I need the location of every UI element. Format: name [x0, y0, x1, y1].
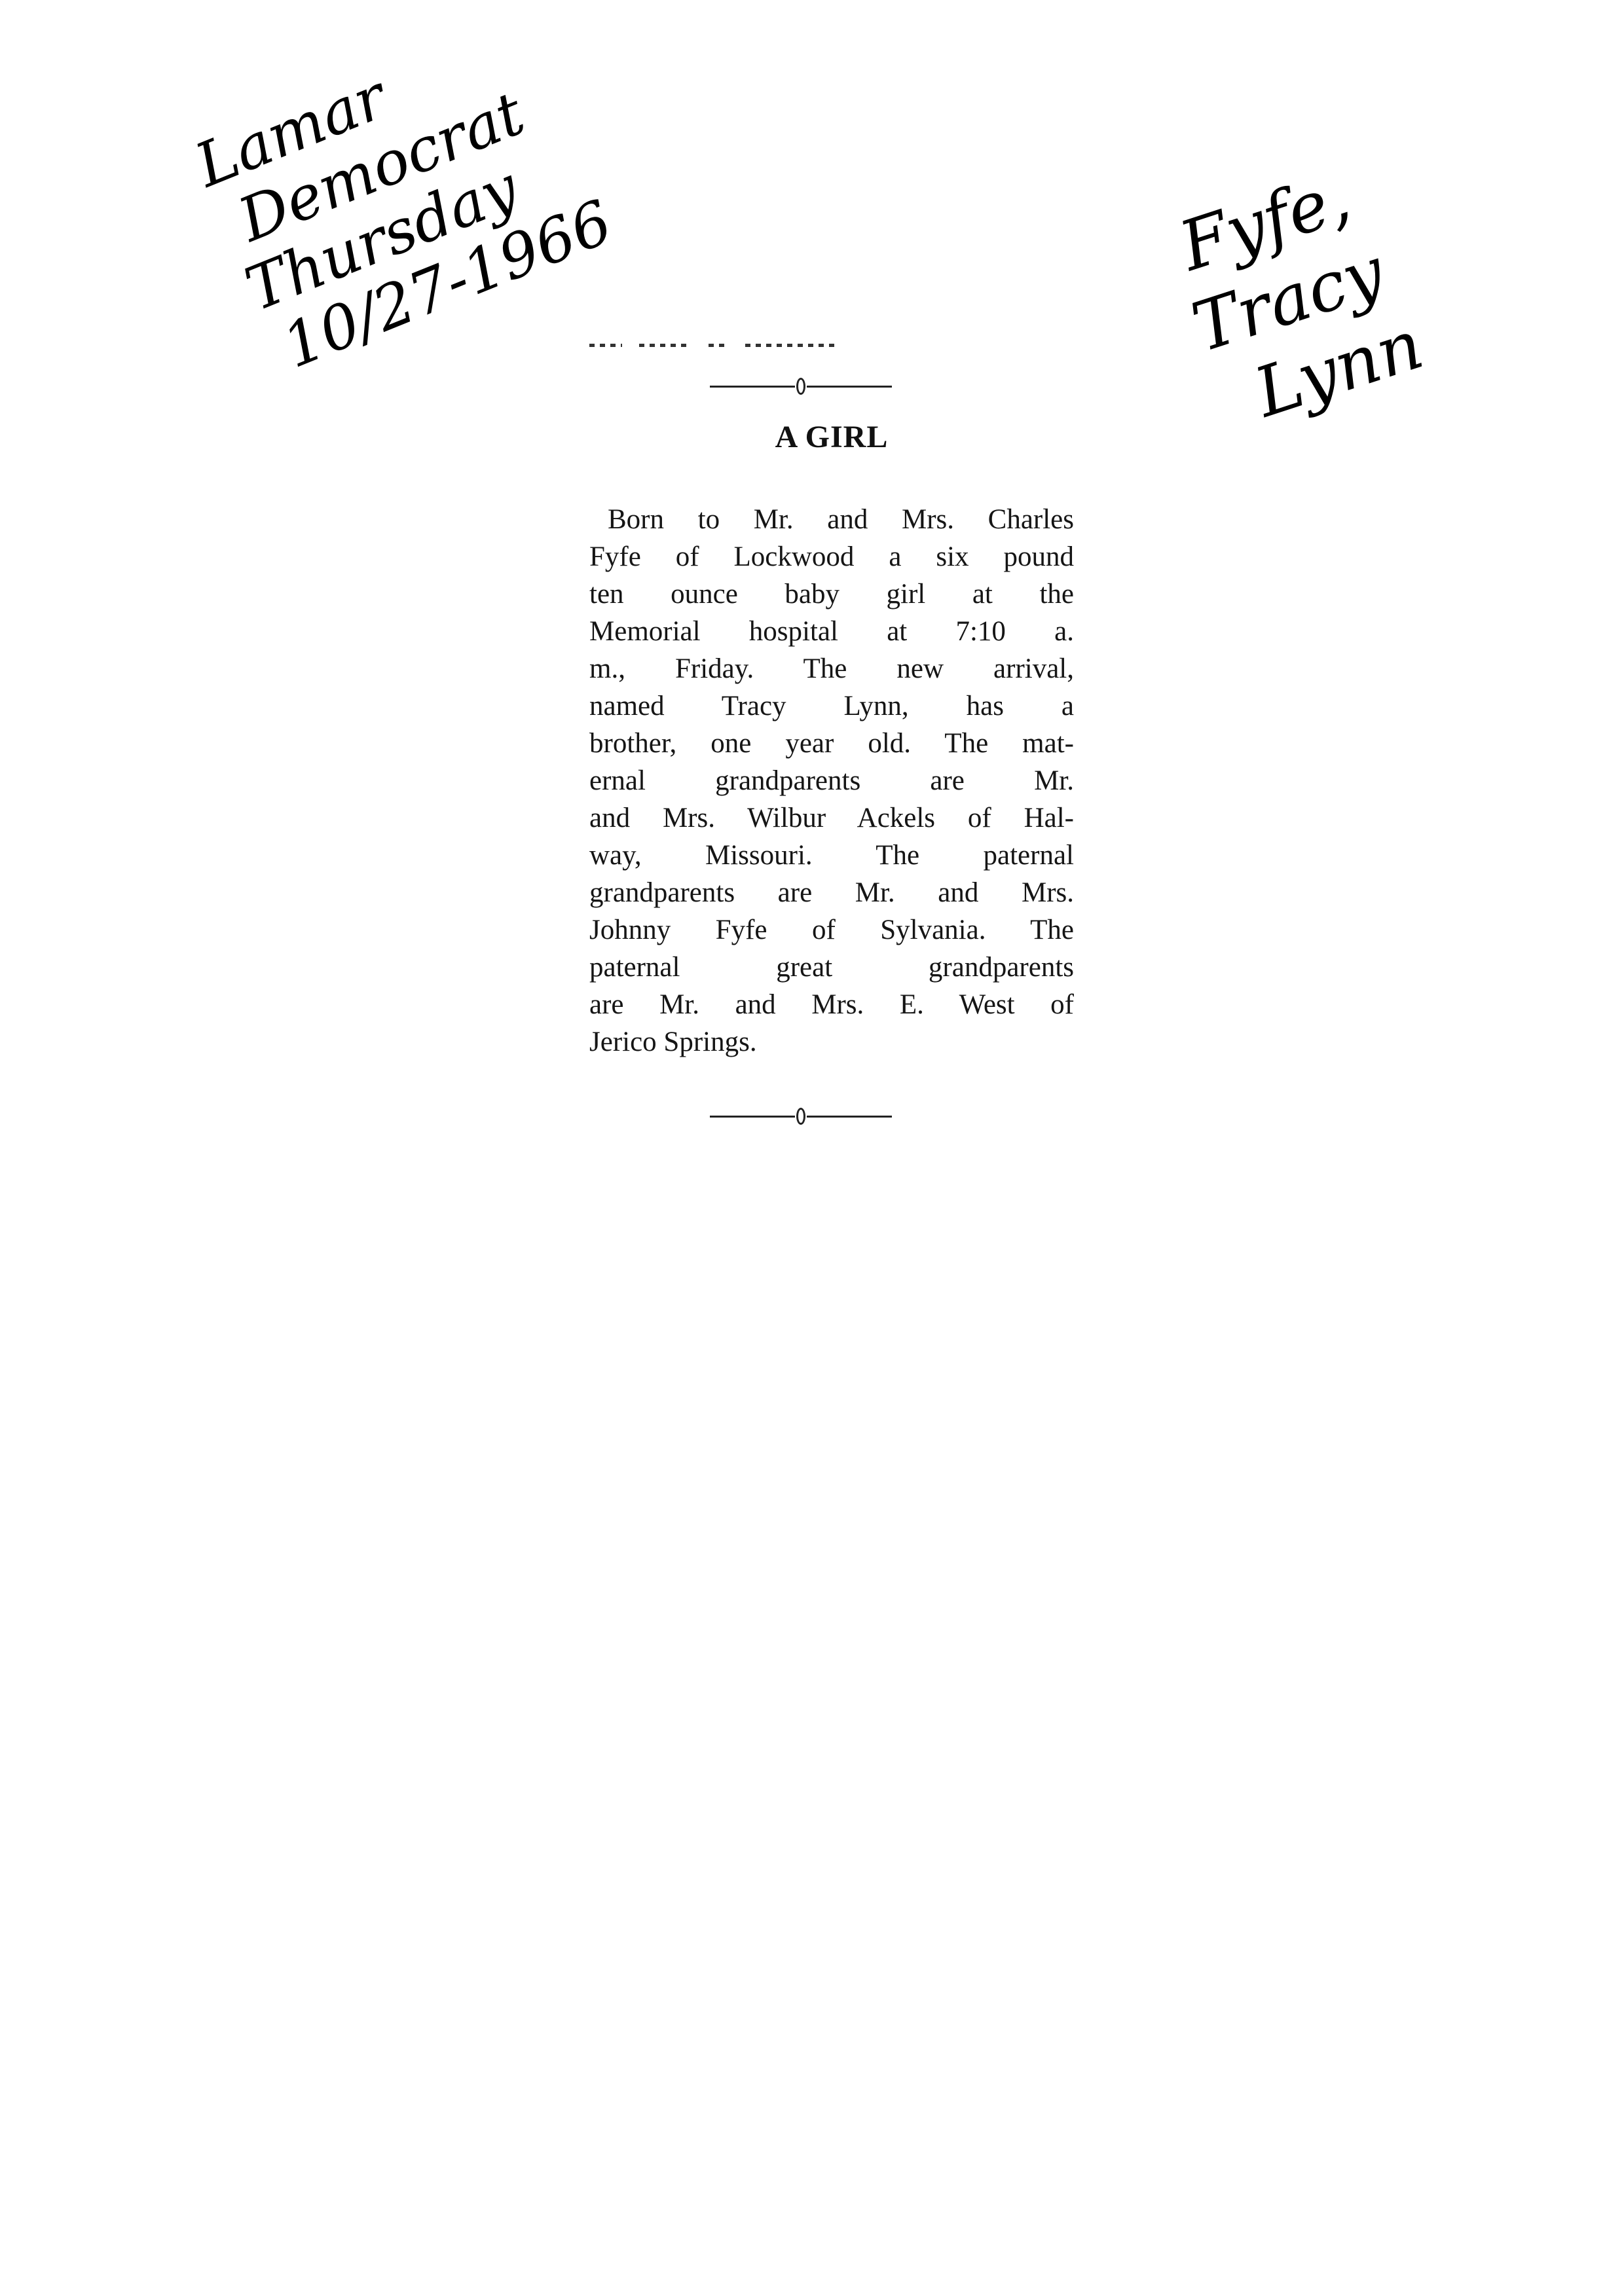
divider-rule — [710, 386, 795, 388]
handwritten-newspaper-note: Lamar Democrat Thursday 10/27-1966 — [164, 6, 619, 392]
handwritten-name-note: Fyfe, Tracy Lynn — [1172, 155, 1430, 435]
section-divider-ornament — [693, 1106, 909, 1126]
article-line: named Tracy Lynn, has a — [589, 687, 1074, 725]
divider-rule — [807, 1116, 892, 1118]
divider-rule — [710, 1116, 795, 1118]
article-line: ten ounce baby girl at the — [589, 575, 1074, 613]
article-line: grandparents are Mr. and Mrs. — [589, 874, 1074, 911]
section-divider-ornament — [693, 376, 909, 396]
article-line: brother, one year old. The mat- — [589, 725, 1074, 762]
divider-rule — [807, 386, 892, 388]
article-line: m., Friday. The new arrival, — [589, 650, 1074, 687]
article-line: Memorial hospital at 7:10 a. — [589, 613, 1074, 650]
article-line: Johnny Fyfe of Sylvania. The — [589, 911, 1074, 949]
article-line: Born to Mr. and Mrs. Charles — [589, 501, 1074, 538]
article-line: way, Missouri. The paternal — [589, 837, 1074, 874]
article-body: Born to Mr. and Mrs. CharlesFyfe of Lock… — [589, 501, 1074, 1061]
divider-o-glyph — [796, 378, 805, 395]
article-line: Fyfe of Lockwood a six pound — [589, 538, 1074, 575]
article-line: ernal grandparents are Mr. — [589, 762, 1074, 799]
article-line: Jerico Springs. — [589, 1023, 1074, 1061]
divider-o-glyph — [796, 1108, 805, 1125]
article-line: paternal great grandparents — [589, 949, 1074, 986]
article-heading: A GIRL — [589, 419, 1074, 455]
article-line: and Mrs. Wilbur Ackels of Hal- — [589, 799, 1074, 837]
cut-off-previous-text — [589, 340, 943, 350]
article-line: are Mr. and Mrs. E. West of — [589, 986, 1074, 1023]
